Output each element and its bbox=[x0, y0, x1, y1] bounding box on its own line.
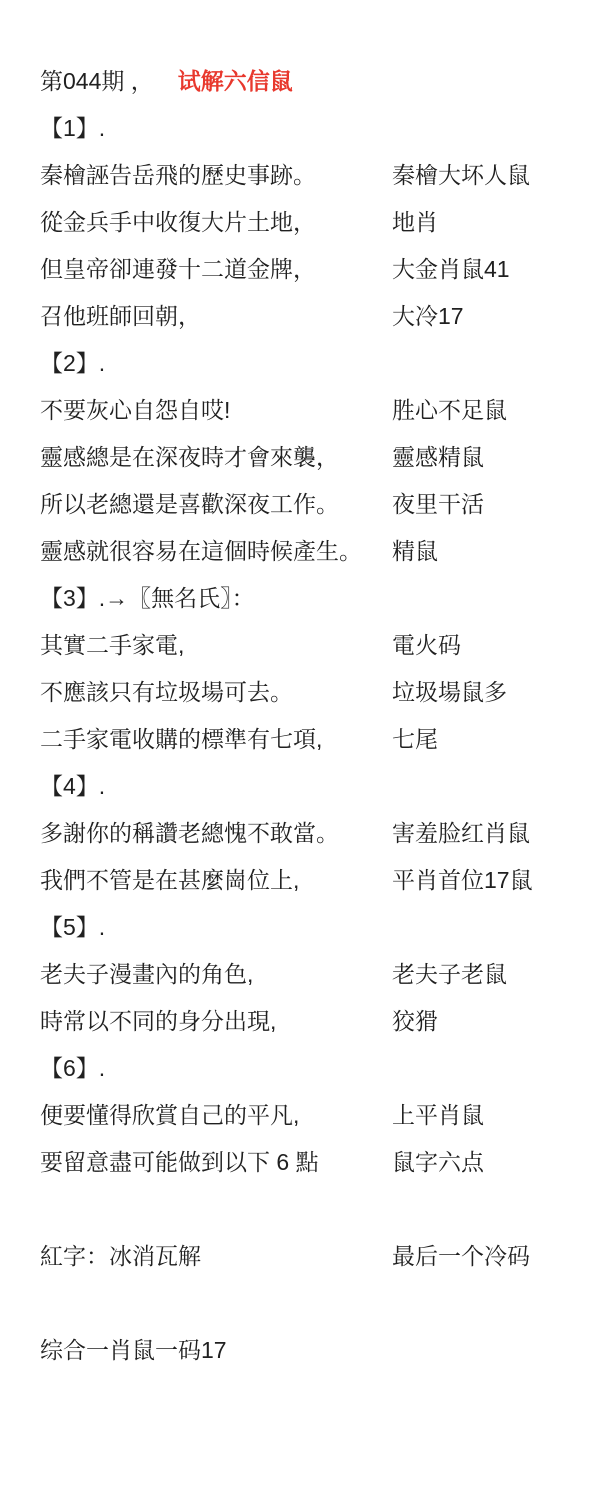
row-text: 老夫子漫畫內的角色, bbox=[40, 961, 253, 987]
section-heading-6: 【6】. bbox=[40, 1045, 599, 1092]
document-page: 第044期 ，试解六信鼠 【1】.秦檜誣告岳飛的歷史事跡。秦檜大坏人鼠從金兵手中… bbox=[0, 0, 609, 1500]
text-row: 不要灰心自怨自哎!胜心不足鼠 bbox=[40, 387, 599, 434]
text-row: 便要懂得欣賞自己的平凡,上平肖鼠 bbox=[40, 1092, 599, 1139]
row-note: 地肖 bbox=[392, 199, 438, 246]
row-text: 所以老總還是喜歡深夜工作。 bbox=[40, 491, 339, 517]
text-row: 從金兵手中收復大片土地，地肖 bbox=[40, 199, 599, 246]
header-line: 第044期 ，试解六信鼠 bbox=[40, 58, 599, 105]
text-row: 二手家電收購的標準有七項,七尾 bbox=[40, 716, 599, 763]
summary-text: 综合一肖鼠一码17 bbox=[40, 1337, 227, 1363]
row-note: 靈感精鼠 bbox=[392, 434, 484, 481]
row-note: 秦檜大坏人鼠 bbox=[392, 152, 530, 199]
row-note: 大金肖鼠41 bbox=[392, 246, 510, 293]
text-row: 我們不管是在甚麼崗位上,平肖首位17鼠 bbox=[40, 857, 599, 904]
text-row: 所以老總還是喜歡深夜工作。夜里干活 bbox=[40, 481, 599, 528]
row-text: 不應該只有垃圾場可去。 bbox=[40, 679, 293, 705]
spacer bbox=[40, 1186, 599, 1233]
red-word-line: 紅字：冰消瓦解 最后一个冷码 bbox=[40, 1233, 599, 1280]
row-text: 靈感就很容易在這個時候產生。 bbox=[40, 538, 362, 564]
row-note: 上平肖鼠 bbox=[392, 1092, 484, 1139]
row-note: 七尾 bbox=[392, 716, 438, 763]
section-heading-5: 【5】. bbox=[40, 904, 599, 951]
spacer bbox=[40, 1280, 599, 1327]
text-row: 秦檜誣告岳飛的歷史事跡。秦檜大坏人鼠 bbox=[40, 152, 599, 199]
text-row: 老夫子漫畫內的角色,老夫子老鼠 bbox=[40, 951, 599, 998]
row-note: 電火码 bbox=[392, 622, 461, 669]
row-text: 其實二手家電, bbox=[40, 632, 184, 658]
content-sections: 【1】.秦檜誣告岳飛的歷史事跡。秦檜大坏人鼠從金兵手中收復大片土地，地肖但皇帝卻… bbox=[40, 105, 599, 1186]
section-heading-3: 【3】.→〖無名氏〗： bbox=[40, 575, 599, 622]
summary-line: 综合一肖鼠一码17 bbox=[40, 1327, 599, 1374]
row-text: 但皇帝卻連發十二道金牌， bbox=[40, 256, 316, 282]
row-text: 靈感總是在深夜時才會來襲， bbox=[40, 444, 339, 470]
text-row: 但皇帝卻連發十二道金牌，大金肖鼠41 bbox=[40, 246, 599, 293]
text-row: 多謝你的稱讚老總愧不敢當。害羞脸红肖鼠 bbox=[40, 810, 599, 857]
issue-label: 第044期 ， bbox=[40, 68, 154, 94]
text-row: 時常以不同的身分出現,狡猾 bbox=[40, 998, 599, 1045]
row-text: 多謝你的稱讚老總愧不敢當。 bbox=[40, 820, 339, 846]
row-note: 大冷17 bbox=[392, 293, 464, 340]
row-text: 秦檜誣告岳飛的歷史事跡。 bbox=[40, 162, 316, 188]
row-note: 害羞脸红肖鼠 bbox=[392, 810, 530, 857]
row-note: 狡猾 bbox=[392, 998, 438, 1045]
row-note: 鼠字六点 bbox=[392, 1139, 484, 1186]
red-word-text: 紅字：冰消瓦解 bbox=[40, 1243, 201, 1269]
row-text: 我們不管是在甚麼崗位上, bbox=[40, 867, 299, 893]
row-note: 平肖首位17鼠 bbox=[392, 857, 533, 904]
row-text: 時常以不同的身分出現, bbox=[40, 1008, 276, 1034]
text-row: 其實二手家電,電火码 bbox=[40, 622, 599, 669]
section-heading-2: 【2】. bbox=[40, 340, 599, 387]
text-row: 召他班師回朝，大冷17 bbox=[40, 293, 599, 340]
text-row: 靈感就很容易在這個時候產生。精鼠 bbox=[40, 528, 599, 575]
text-row: 要留意盡可能做到以下 6 點鼠字六点 bbox=[40, 1139, 599, 1186]
row-note: 老夫子老鼠 bbox=[392, 951, 507, 998]
page-title: 试解六信鼠 bbox=[178, 68, 293, 94]
row-note: 垃圾場鼠多 bbox=[392, 669, 507, 716]
row-note: 胜心不足鼠 bbox=[392, 387, 507, 434]
row-note: 精鼠 bbox=[392, 528, 438, 575]
row-note: 夜里干活 bbox=[392, 481, 484, 528]
row-text: 從金兵手中收復大片土地， bbox=[40, 209, 316, 235]
red-word-note: 最后一个冷码 bbox=[392, 1233, 530, 1280]
row-text: 二手家電收購的標準有七項, bbox=[40, 726, 322, 752]
text-row: 靈感總是在深夜時才會來襲，靈感精鼠 bbox=[40, 434, 599, 481]
row-text: 不要灰心自怨自哎! bbox=[40, 397, 230, 423]
text-row: 不應該只有垃圾場可去。垃圾場鼠多 bbox=[40, 669, 599, 716]
row-text: 便要懂得欣賞自己的平凡, bbox=[40, 1102, 299, 1128]
section-heading-1: 【1】. bbox=[40, 105, 599, 152]
row-text: 召他班師回朝， bbox=[40, 303, 201, 329]
section-heading-4: 【4】. bbox=[40, 763, 599, 810]
row-text: 要留意盡可能做到以下 6 點 bbox=[40, 1149, 319, 1175]
